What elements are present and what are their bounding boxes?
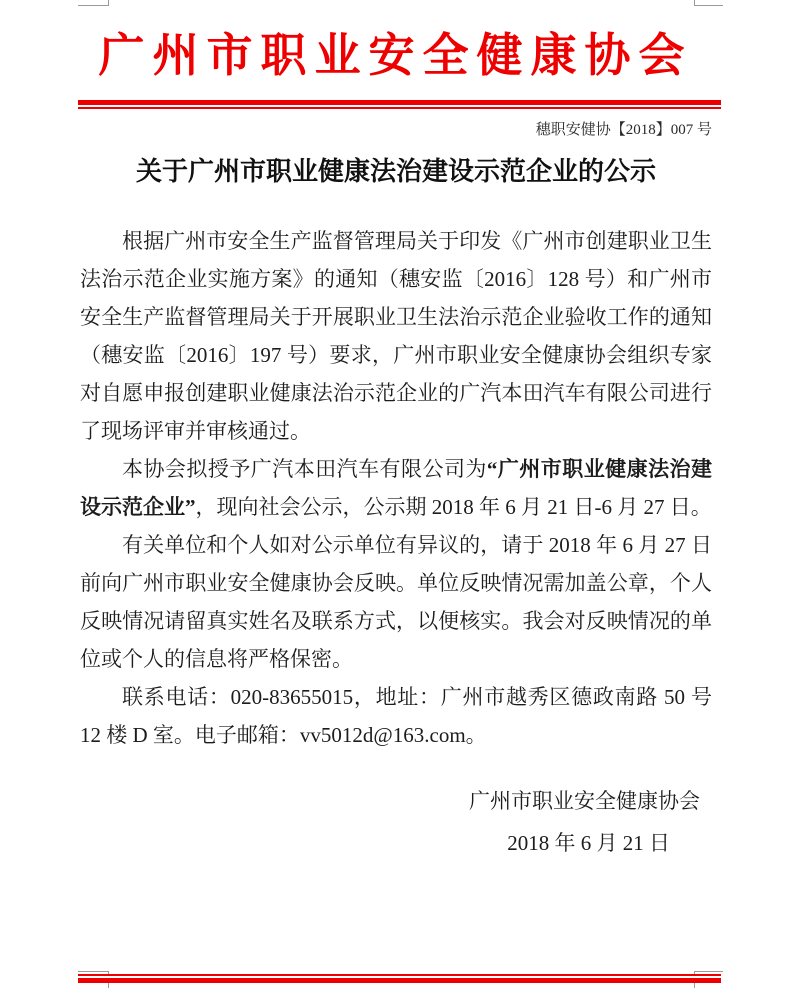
paragraph-basis: 根据广州市安全生产监督管理局关于印发《广州市创建职业卫生法治示范企业实施方案》的… bbox=[80, 222, 712, 450]
crop-mark-top-left bbox=[78, 0, 109, 6]
paragraph-award: 本协会拟授予广汽本田汽车有限公司为“广州市职业健康法治建设示范企业”，现向社会公… bbox=[80, 450, 712, 526]
paragraph-objection: 有关单位和个人如对公示单位有异议的，请于 2018 年 6 月 27 日前向广州… bbox=[80, 526, 712, 678]
paragraph-award-tail: ，现向社会公示，公示期 2018 年 6 月 21 日-6 月 27 日。 bbox=[196, 495, 712, 519]
red-divider-top bbox=[78, 100, 721, 109]
document-number: 穗职安健协【2018】007 号 bbox=[80, 120, 712, 140]
signature-org: 广州市职业安全健康协会 bbox=[80, 780, 712, 822]
letterhead-org-title: 广州市职业安全健康协会 bbox=[0, 24, 791, 88]
red-divider-bottom-thick-line bbox=[78, 978, 721, 983]
red-divider-bottom bbox=[78, 974, 721, 983]
signature-date: 2018 年 6 月 21 日 bbox=[80, 822, 712, 864]
crop-mark-top-right bbox=[694, 0, 723, 6]
paragraph-contact: 联系电话：020-83655015，地址：广州市越秀区德政南路 50 号 12 … bbox=[80, 678, 712, 754]
document-content: 穗职安健协【2018】007 号 关于广州市职业健康法治建设示范企业的公示 根据… bbox=[0, 120, 791, 864]
red-divider-top-thin-line bbox=[78, 107, 721, 109]
notice-title: 关于广州市职业健康法治建设示范企业的公示 bbox=[80, 154, 712, 190]
signature-block: 广州市职业安全健康协会 2018 年 6 月 21 日 bbox=[80, 780, 712, 864]
paragraph-award-lead: 本协会拟授予广汽本田汽车有限公司为 bbox=[122, 457, 487, 481]
document-page: 广州市职业安全健康协会 穗职安健协【2018】007 号 关于广州市职业健康法治… bbox=[0, 0, 791, 988]
notice-body: 根据广州市安全生产监督管理局关于印发《广州市创建职业卫生法治示范企业实施方案》的… bbox=[80, 222, 712, 754]
